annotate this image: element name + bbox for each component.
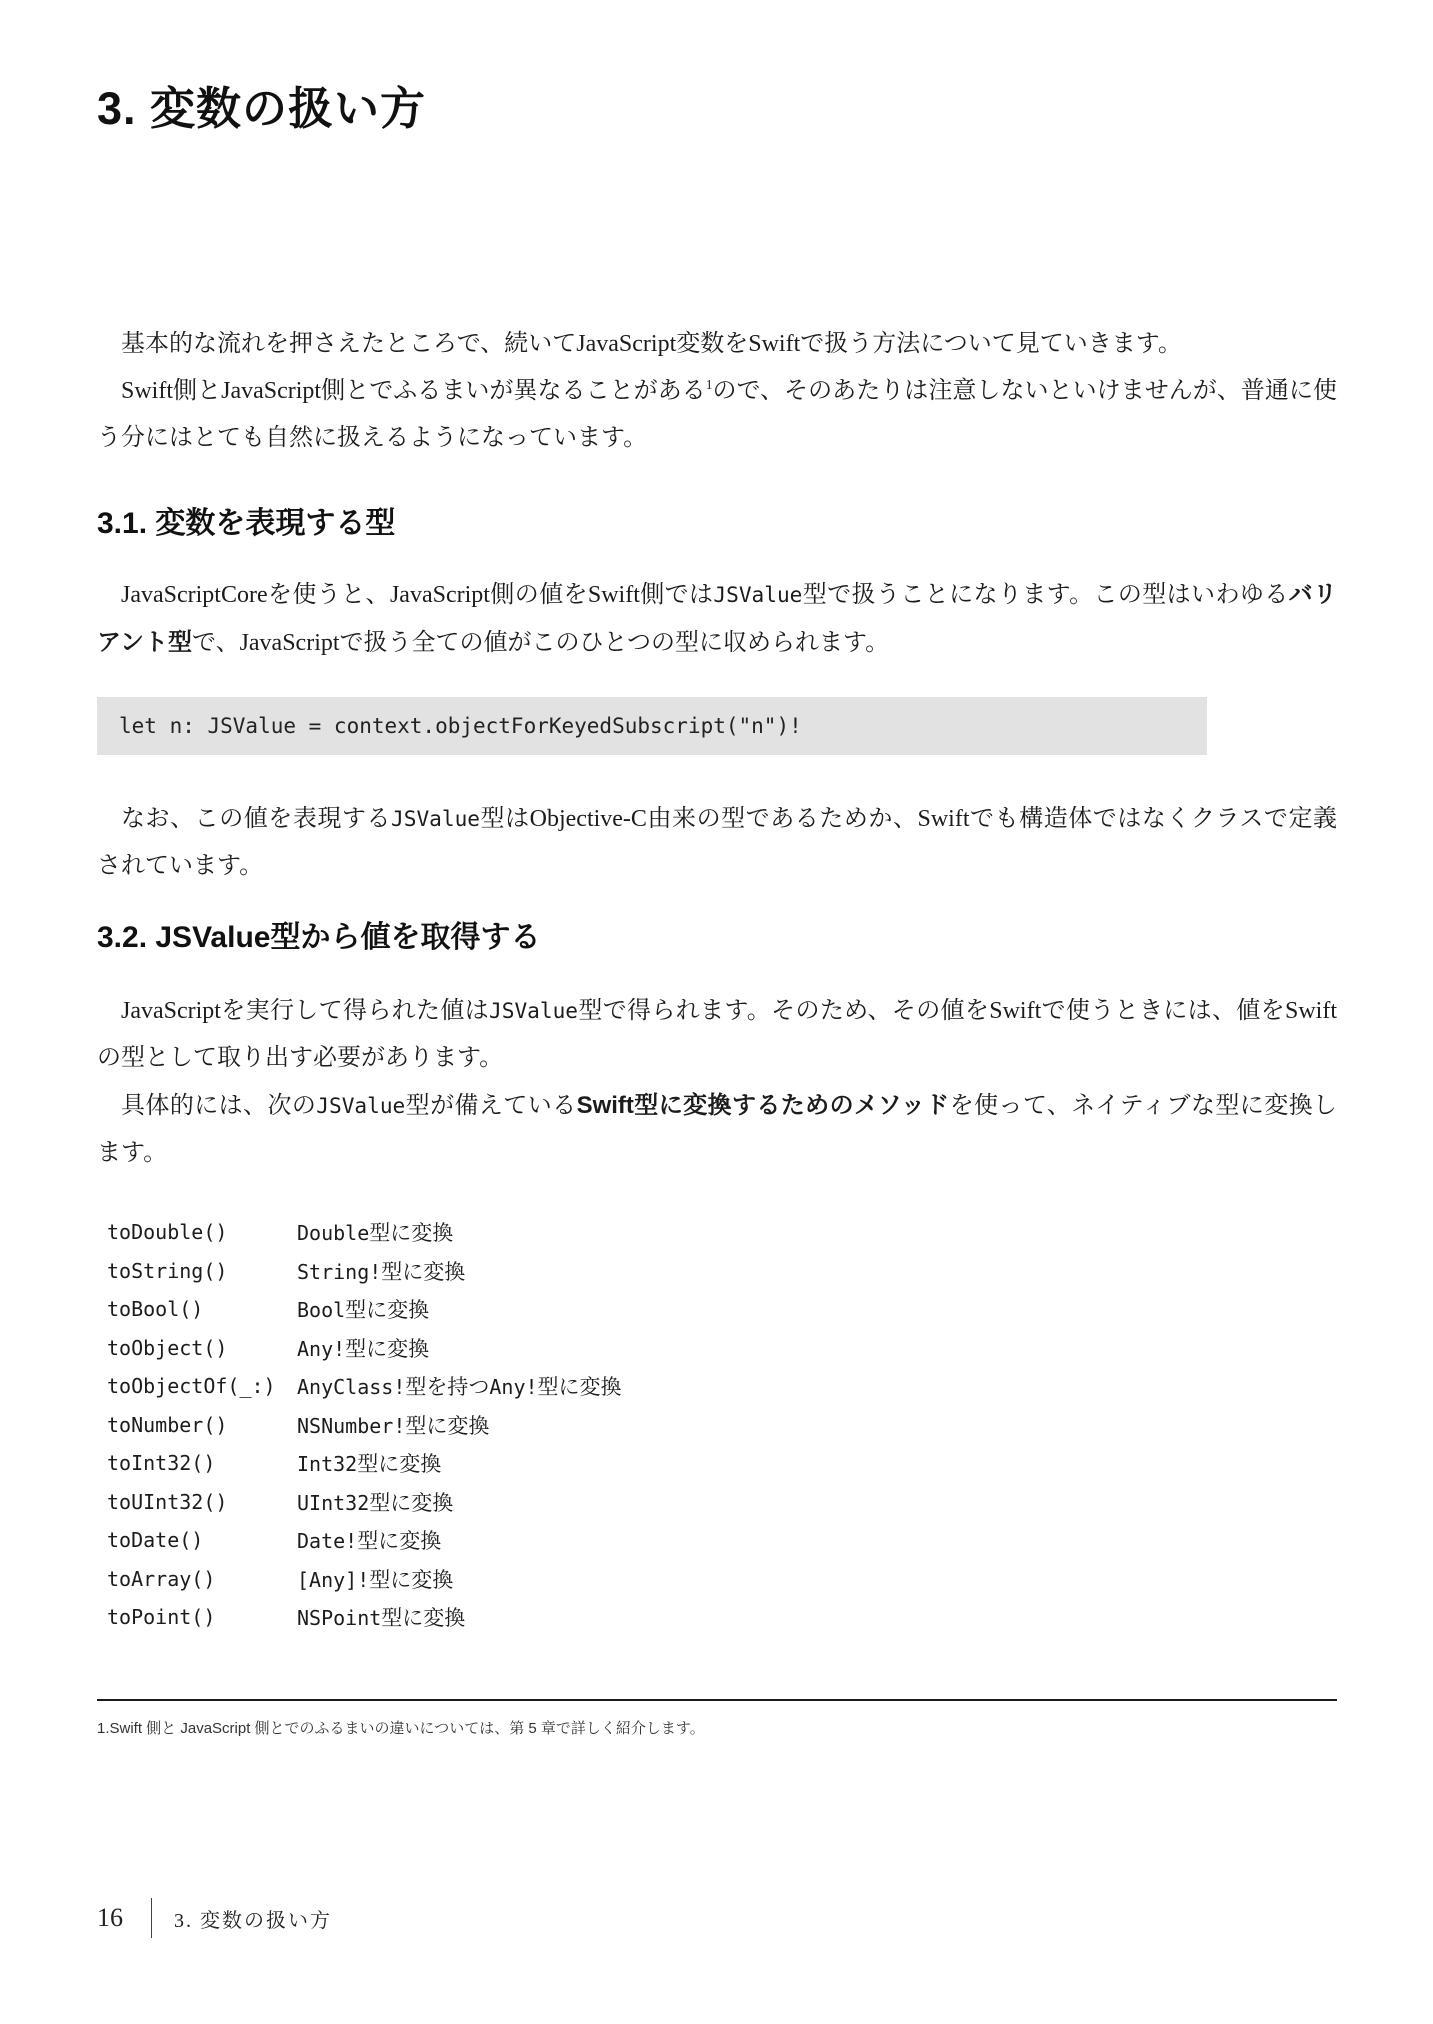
inline-code: JSValue xyxy=(316,1093,405,1118)
type-name: Double xyxy=(297,1221,369,1245)
paragraph: なお、この値を表現するJSValue型はObjective-C由来の型であるため… xyxy=(97,795,1337,890)
description-text: 型に変換 xyxy=(381,1606,465,1630)
type-name: UInt32 xyxy=(297,1491,369,1515)
type-name: Date! xyxy=(297,1529,357,1553)
type-name: [Any]! xyxy=(297,1568,369,1592)
method-description: NSNumber!型に変換 xyxy=(297,1410,489,1440)
description-text: 型を持つ xyxy=(405,1375,489,1399)
book-page: 3. 変数の扱い方 基本的な流れを押さえたところで、続いてJavaScript変… xyxy=(0,0,1433,2024)
method-name: toInt32() xyxy=(97,1451,297,1475)
page-number: 16 xyxy=(97,1903,123,1933)
paragraph-text: 型で扱うことになります。この型はいわゆる xyxy=(802,582,1288,608)
type-name: Bool xyxy=(297,1298,345,1322)
intro-paragraphs: 基本的な流れを押さえたところで、続いてJavaScript変数をSwiftで扱う… xyxy=(97,321,1337,462)
method-name: toObject() xyxy=(97,1336,297,1360)
table-row: toBool() Bool型に変換 xyxy=(97,1290,1337,1329)
type-name: AnyClass! xyxy=(297,1375,405,1399)
method-description: NSPoint型に変換 xyxy=(297,1602,465,1632)
emphasis-text: Swift型に変換するためのメソッド xyxy=(577,1092,950,1119)
method-name: toObjectOf(_:) xyxy=(97,1374,297,1398)
table-row: toUInt32() UInt32型に変換 xyxy=(97,1483,1337,1522)
paragraph-text: JavaScriptCoreを使うと、JavaScript側の値をSwift側で… xyxy=(121,582,713,608)
conversion-methods-table: toDouble() Double型に変換 toString() String!… xyxy=(97,1213,1337,1637)
method-description: [Any]!型に変換 xyxy=(297,1564,453,1594)
method-name: toBool() xyxy=(97,1297,297,1321)
table-row: toObjectOf(_:) AnyClass!型を持つAny!型に変換 xyxy=(97,1367,1337,1406)
paragraph-text: 具体的には、次の xyxy=(121,1093,316,1119)
paragraph: 基本的な流れを押さえたところで、続いてJavaScript変数をSwiftで扱う… xyxy=(97,321,1337,368)
table-row: toString() String!型に変換 xyxy=(97,1252,1337,1291)
table-row: toPoint() NSPoint型に変換 xyxy=(97,1598,1337,1637)
footnote-divider xyxy=(97,1699,1337,1701)
section-3-2-paragraphs: JavaScriptを実行して得られた値はJSValue型で得られます。そのため… xyxy=(97,987,1337,1177)
paragraph-text: なお、この値を表現する xyxy=(121,806,391,832)
description-text: 型に変換 xyxy=(345,1337,429,1361)
method-name: toNumber() xyxy=(97,1413,297,1437)
footer-divider xyxy=(151,1898,152,1938)
paragraph: JavaScriptを実行して得られた値はJSValue型で得られます。そのため… xyxy=(97,987,1337,1082)
method-name: toArray() xyxy=(97,1567,297,1591)
table-row: toNumber() NSNumber!型に変換 xyxy=(97,1406,1337,1445)
table-row: toObject() Any!型に変換 xyxy=(97,1329,1337,1368)
paragraph: 具体的には、次のJSValue型が備えているSwift型に変換するためのメソッド… xyxy=(97,1082,1337,1177)
method-description: UInt32型に変換 xyxy=(297,1487,453,1517)
type-name: Any! xyxy=(489,1375,537,1399)
footnote: 1.Swift 側と JavaScript 側とでのふるまいの違いについては、第… xyxy=(97,1717,1337,1738)
method-description: Bool型に変換 xyxy=(297,1294,429,1324)
type-name: Any! xyxy=(297,1337,345,1361)
type-name: NSPoint xyxy=(297,1606,381,1630)
description-text: 型に変換 xyxy=(405,1414,489,1438)
method-description: Date!型に変換 xyxy=(297,1525,441,1555)
type-name: Int32 xyxy=(297,1452,357,1476)
method-name: toDouble() xyxy=(97,1220,297,1244)
description-text: 型に変換 xyxy=(381,1260,465,1284)
paragraph-text: JavaScriptを実行して得られた値は xyxy=(121,998,489,1024)
type-name: NSNumber! xyxy=(297,1414,405,1438)
table-row: toDouble() Double型に変換 xyxy=(97,1213,1337,1252)
method-description: Any!型に変換 xyxy=(297,1333,429,1363)
paragraph: Swift側とJavaScript側とでふるまいが異なることがある1ので、そのあ… xyxy=(97,368,1337,462)
method-name: toPoint() xyxy=(97,1605,297,1629)
description-text: 型に変換 xyxy=(369,1221,453,1245)
method-description: String!型に変換 xyxy=(297,1256,465,1286)
method-name: toDate() xyxy=(97,1528,297,1552)
method-name: toString() xyxy=(97,1259,297,1283)
paragraph-text: Swift側とJavaScript側とでふるまいが異なることがある xyxy=(121,378,706,404)
paragraph-text: 型が備えている xyxy=(405,1093,576,1119)
type-name: String! xyxy=(297,1260,381,1284)
description-text: 型に変換 xyxy=(357,1529,441,1553)
page-footer: 16 3. 変数の扱い方 xyxy=(97,1898,332,1938)
description-text: 型に変換 xyxy=(369,1491,453,1515)
inline-code: JSValue xyxy=(391,806,480,831)
method-name: toUInt32() xyxy=(97,1490,297,1514)
description-text: 型に変換 xyxy=(369,1568,453,1592)
section-3-1-paragraph-2: なお、この値を表現するJSValue型はObjective-C由来の型であるため… xyxy=(97,795,1337,890)
description-text: 型に変換 xyxy=(357,1452,441,1476)
inline-code: JSValue xyxy=(713,582,802,607)
paragraph-text: で、JavaScriptで扱う全ての値がこのひとつの型に収められます。 xyxy=(192,630,889,656)
footer-chapter-title: 3. 変数の扱い方 xyxy=(174,1904,332,1933)
paragraph: JavaScriptCoreを使うと、JavaScript側の値をSwift側で… xyxy=(97,571,1337,667)
method-description: AnyClass!型を持つAny!型に変換 xyxy=(297,1371,622,1401)
description-text: 型に変換 xyxy=(538,1375,622,1399)
section-heading-3-1: 3.1. 変数を表現する型 xyxy=(97,504,1337,543)
section-3-1-paragraph-1: JavaScriptCoreを使うと、JavaScript側の値をSwift側で… xyxy=(97,571,1337,667)
inline-code: JSValue xyxy=(489,998,578,1023)
section-heading-3-2: 3.2. JSValue型から値を取得する xyxy=(97,918,1337,957)
method-description: Int32型に変換 xyxy=(297,1448,441,1478)
chapter-title: 3. 変数の扱い方 xyxy=(97,82,1337,136)
paragraph-text: 基本的な流れを押さえたところで、続いてJavaScript変数をSwiftで扱う… xyxy=(121,331,1182,357)
method-description: Double型に変換 xyxy=(297,1217,453,1247)
code-block: let n: JSValue = context.objectForKeyedS… xyxy=(97,697,1207,755)
table-row: toInt32() Int32型に変換 xyxy=(97,1444,1337,1483)
description-text: 型に変換 xyxy=(345,1298,429,1322)
table-row: toDate() Date!型に変換 xyxy=(97,1521,1337,1560)
table-row: toArray() [Any]!型に変換 xyxy=(97,1560,1337,1599)
